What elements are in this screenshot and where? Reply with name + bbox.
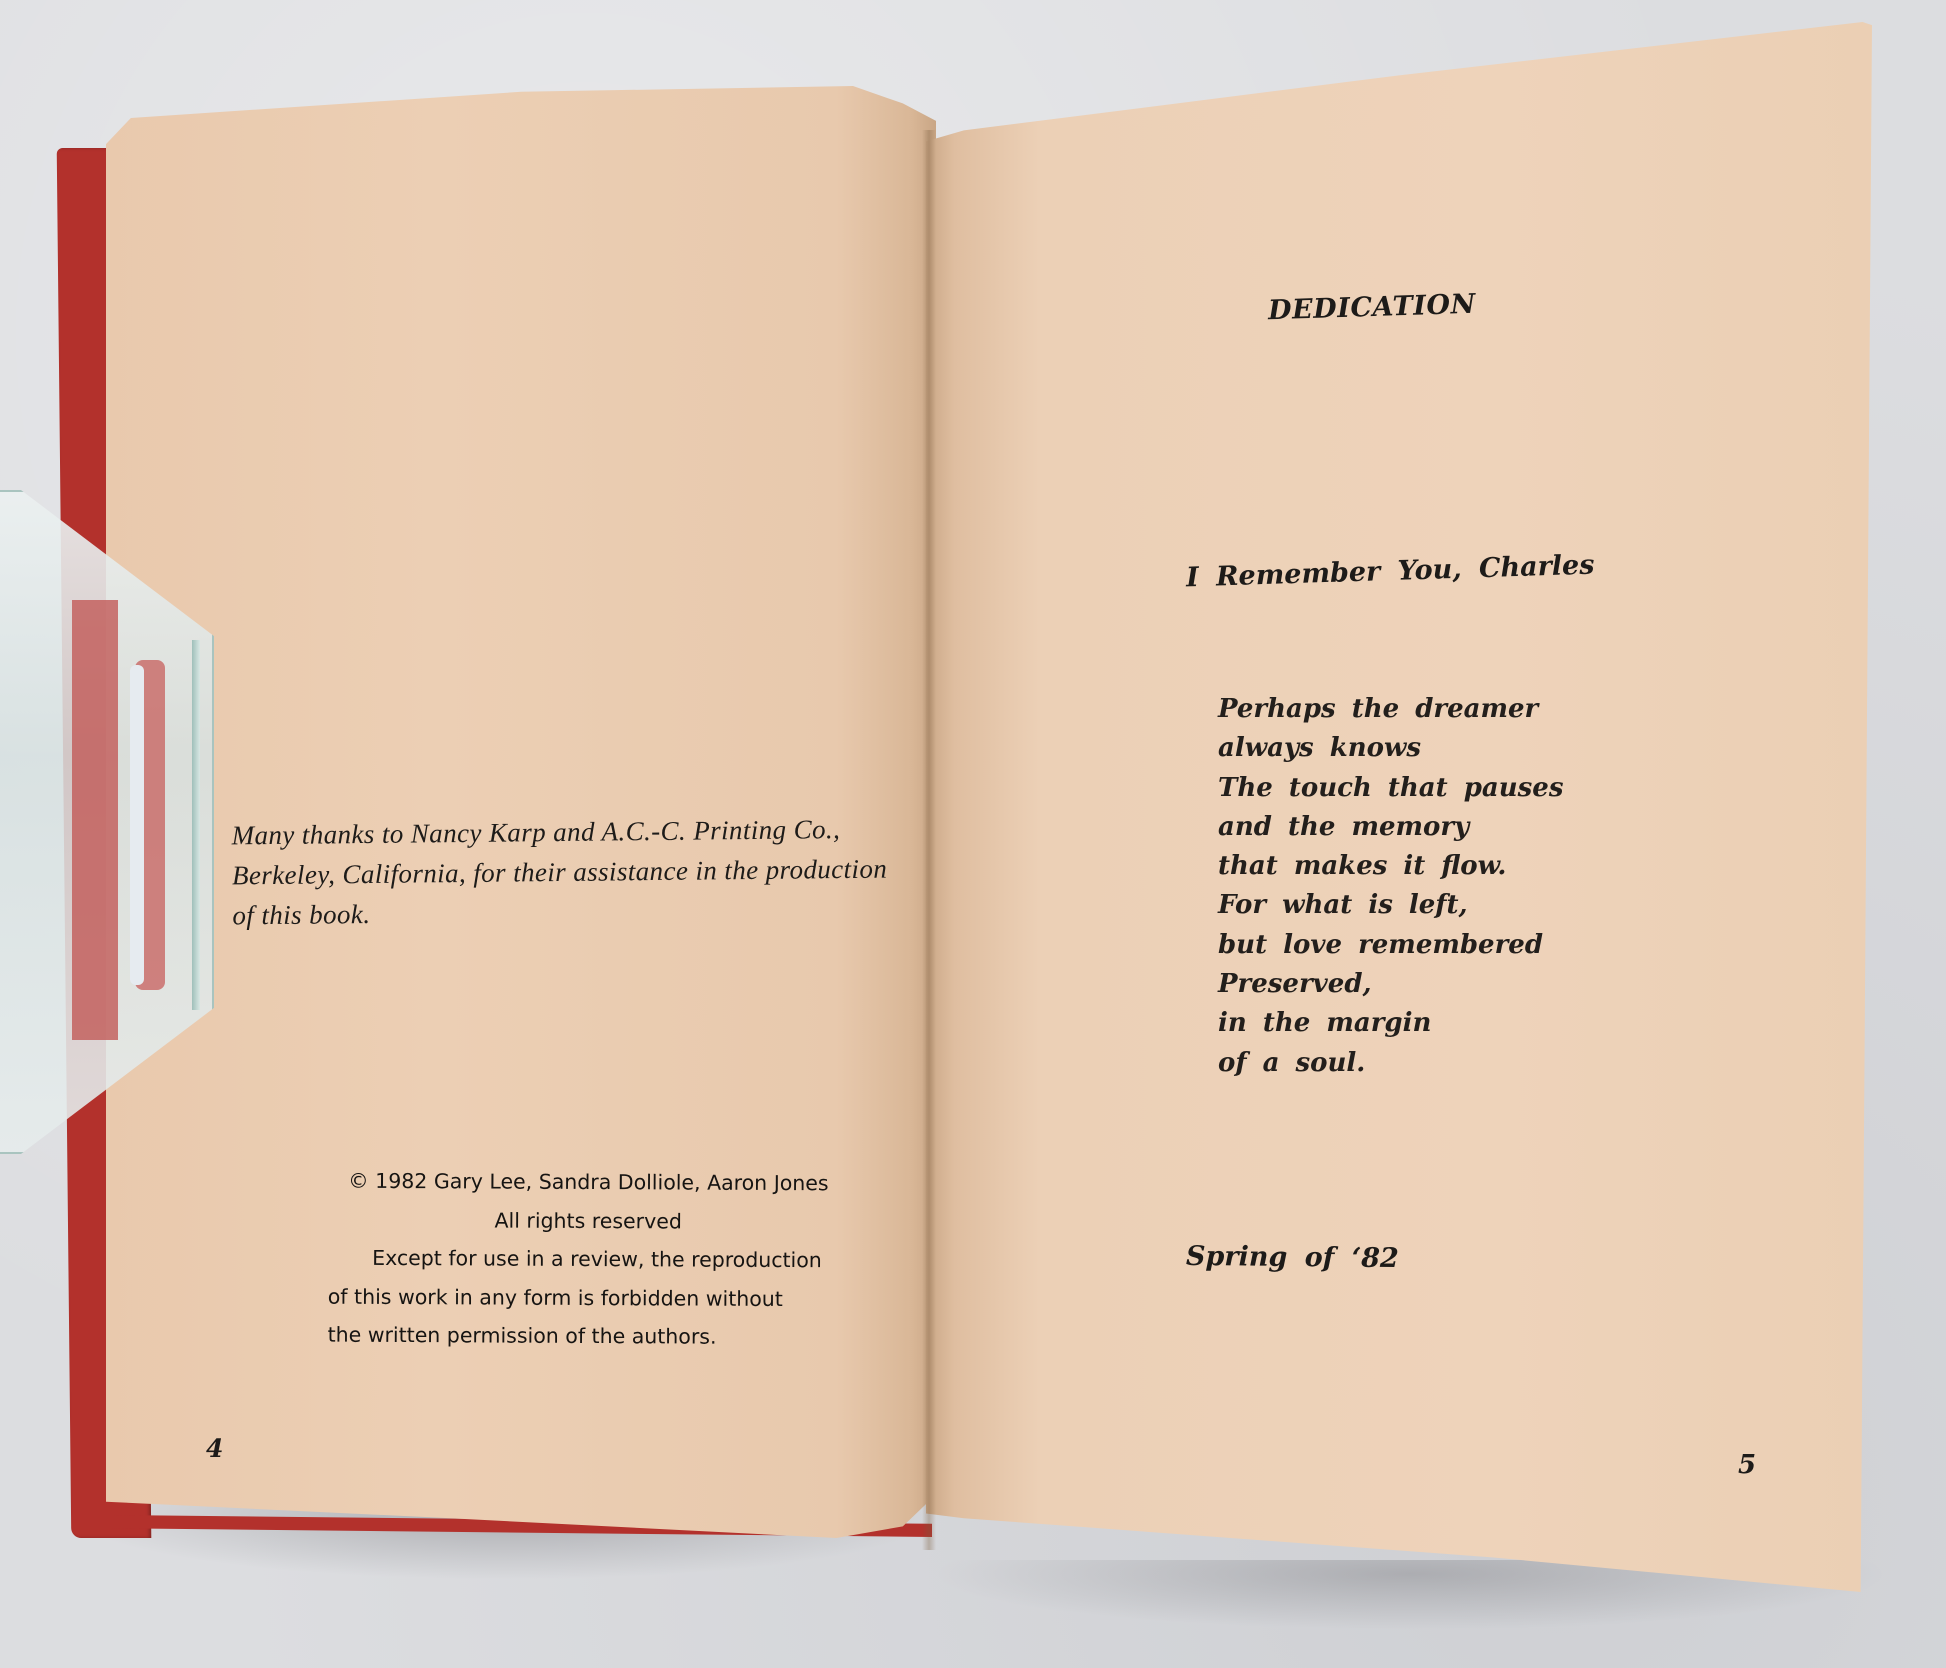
rights-reserved: All rights reserved <box>318 1200 858 1241</box>
glass-bevel-edge <box>192 640 200 1010</box>
poem-line: always knows <box>1218 729 1563 768</box>
page-number-left: 4 <box>206 1434 223 1463</box>
glass-highlight <box>130 665 144 985</box>
poem-line: but love remembered <box>1218 926 1563 965</box>
acknowledgement-text: Many thanks to Nancy Karp and A.C.-C. Pr… <box>231 809 887 936</box>
poem-body: Perhaps the dreamer always knows The tou… <box>1218 690 1563 1083</box>
copyright-line: © 1982 Gary Lee, Sandra Dolliole, Aaron … <box>318 1162 858 1203</box>
poem-line: that makes it flow. <box>1218 847 1563 886</box>
poem-signoff: Spring of ‘82 <box>1186 1241 1399 1274</box>
poem-line: in the margin <box>1218 1004 1563 1043</box>
poem-line: For what is left, <box>1218 886 1563 925</box>
poem-line: Perhaps the dreamer <box>1218 690 1563 729</box>
glass-red-reflection <box>72 600 118 1040</box>
acknowledgement-line: Berkeley, California, for their assistan… <box>232 849 888 896</box>
poem-line: Preserved, <box>1218 965 1563 1004</box>
poem-line: The touch that pauses <box>1218 769 1563 808</box>
dedication-heading: DEDICATION <box>1268 289 1477 327</box>
page-number-right: 5 <box>1738 1450 1756 1480</box>
acknowledgement-line: Many thanks to Nancy Karp and A.C.-C. Pr… <box>231 809 887 856</box>
book-gutter <box>922 130 936 1550</box>
copyright-line: Except for use in a review, the reproduc… <box>318 1239 858 1280</box>
acknowledgement-line: of this book. <box>232 889 888 936</box>
copyright-line: of this work in any form is forbidden wi… <box>318 1277 858 1318</box>
copyright-line: the written permission of the authors. <box>317 1316 857 1357</box>
poem-line: and the memory <box>1218 808 1563 847</box>
copyright-notice: © 1982 Gary Lee, Sandra Dolliole, Aaron … <box>317 1162 858 1357</box>
poem-line: of a soul. <box>1218 1044 1563 1083</box>
